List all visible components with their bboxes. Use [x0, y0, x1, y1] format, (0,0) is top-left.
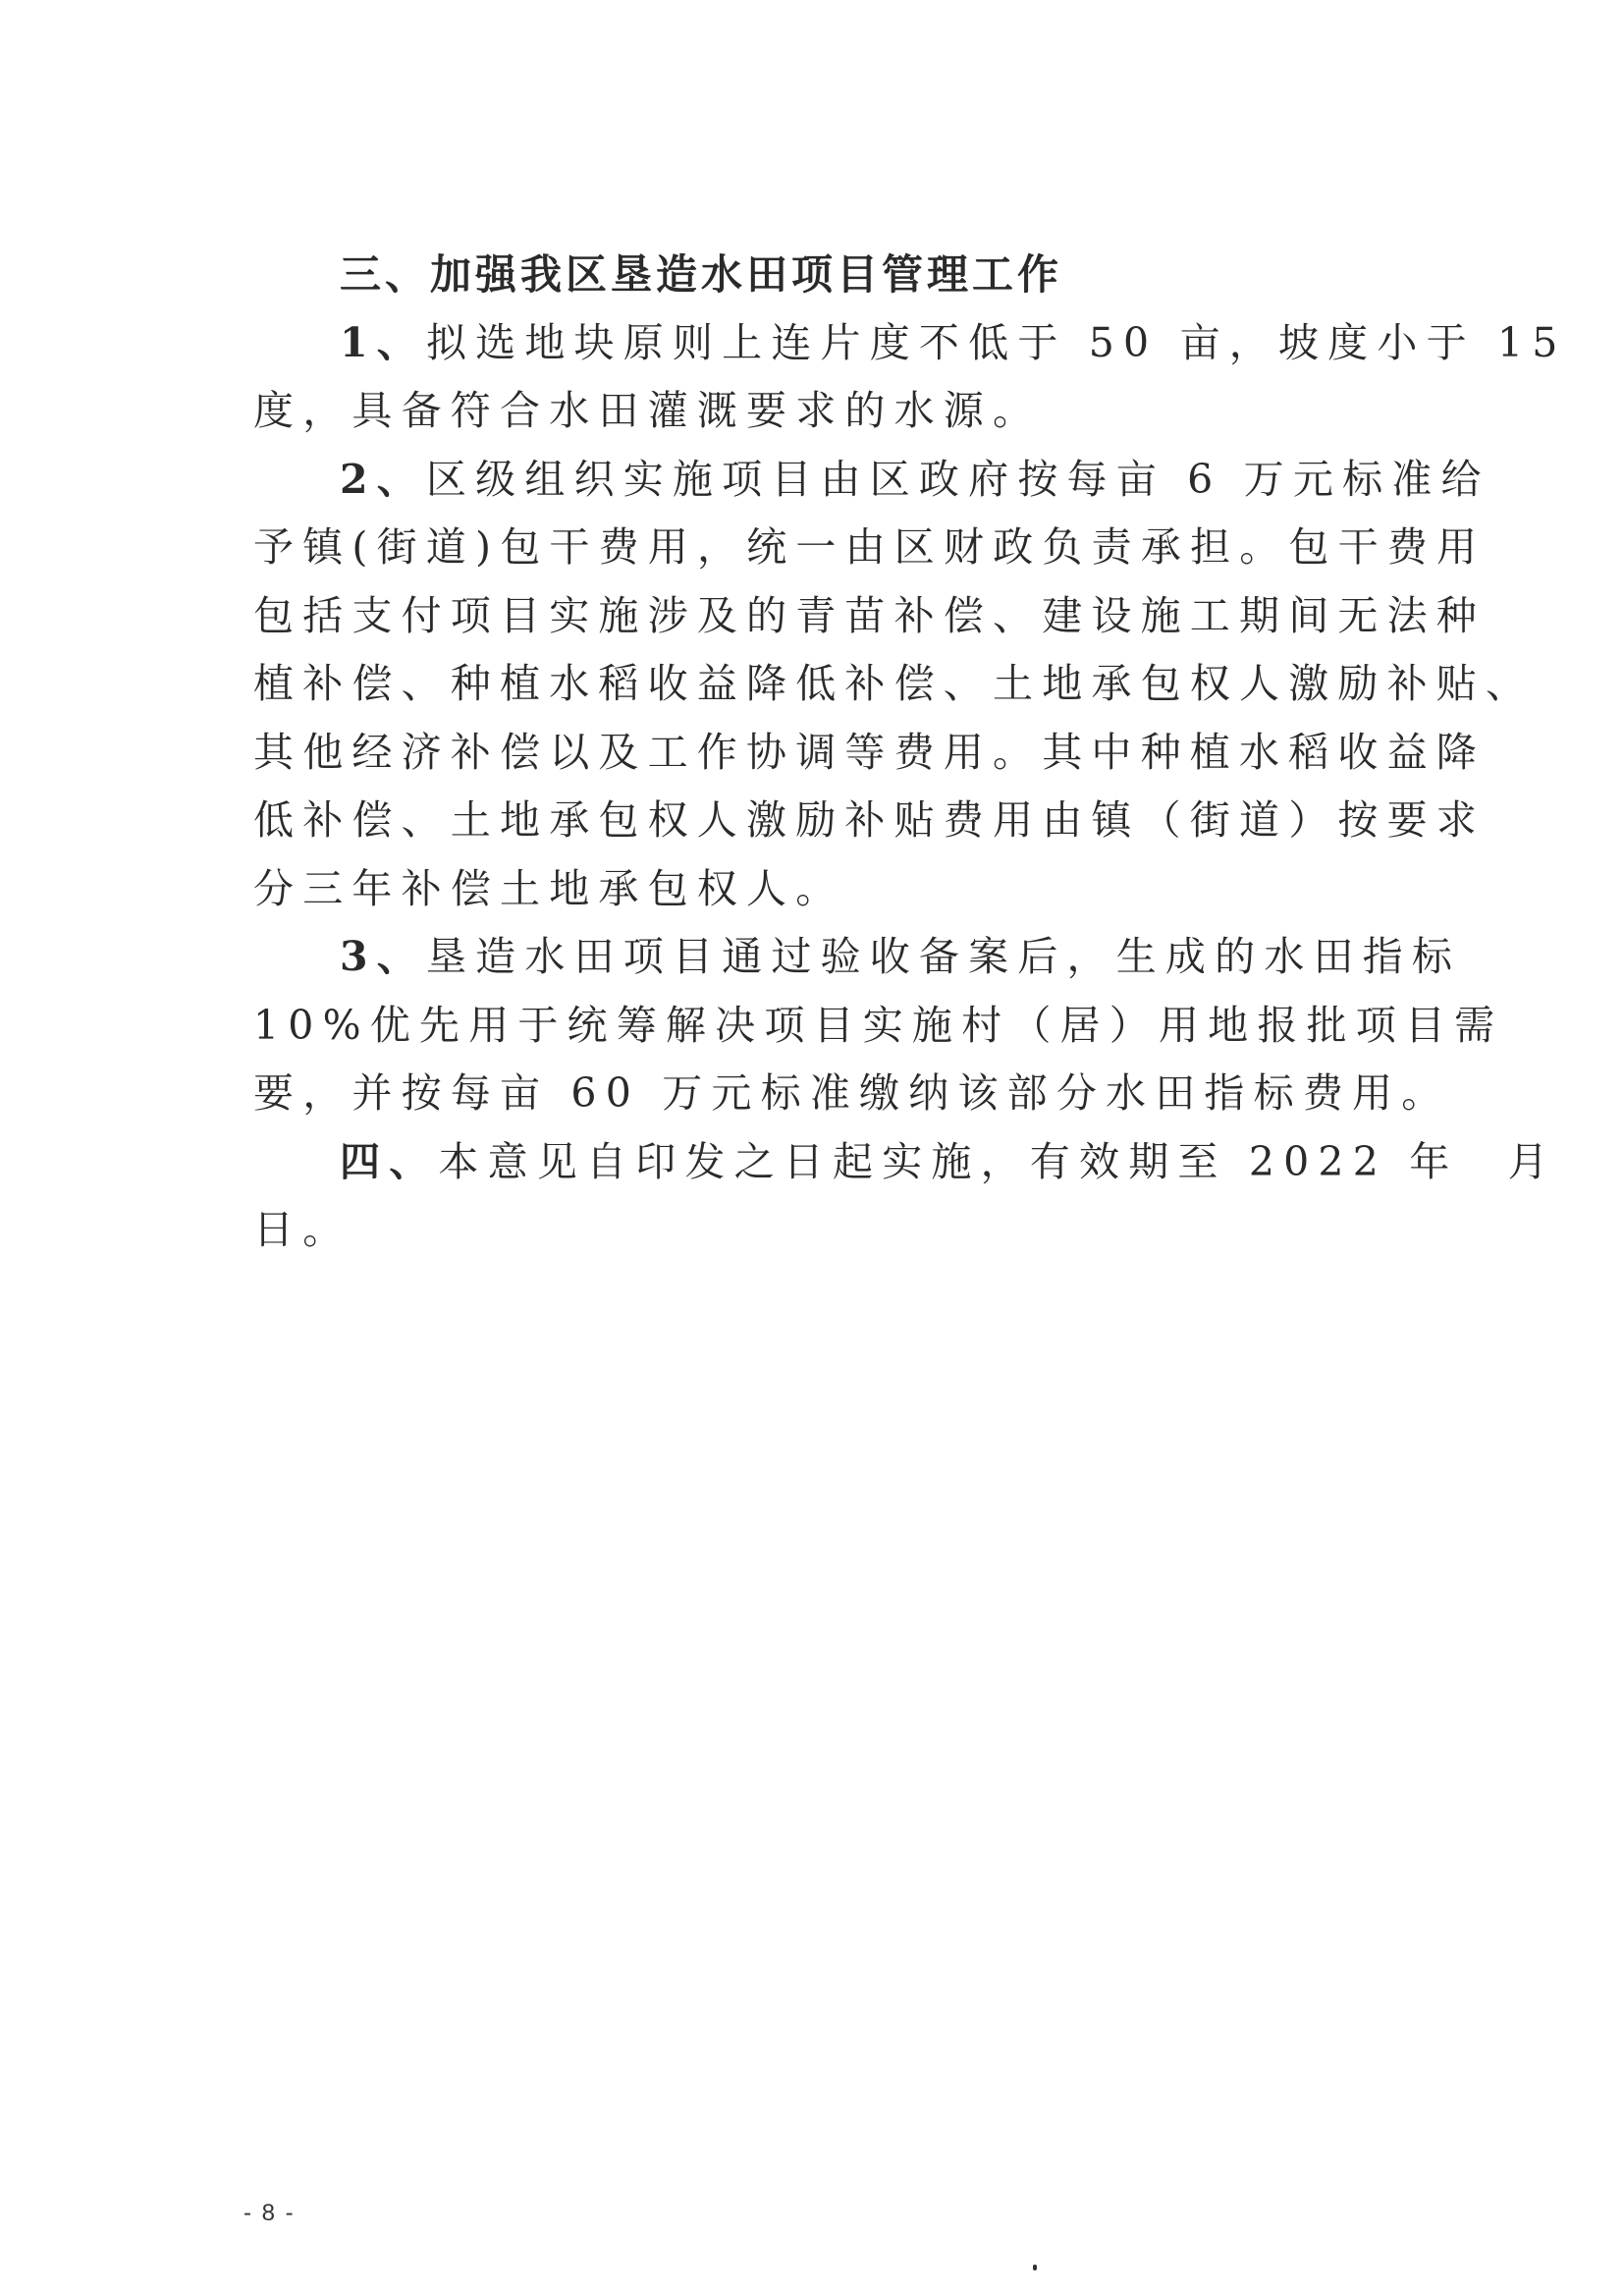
paragraph-item-1-line-2: 度，具备符合水田灌溉要求的水源。 — [253, 377, 1382, 446]
section-heading: 三、加强我区垦造水田项目管理工作 — [253, 241, 1382, 309]
scan-mark — [1033, 2265, 1037, 2270]
paragraph-item-4-line-1: 四、本意见自印发之日起实施，有效期至 2022 年 月 — [253, 1128, 1382, 1197]
paragraph-item-3-line-2: 10%优先用于统筹解决项目实施村（居）用地报批项目需 — [253, 992, 1382, 1061]
paragraph-item-4-line-2: 日。 — [253, 1196, 1382, 1265]
item-label: 1、 — [340, 319, 426, 366]
item-label: 3、 — [340, 933, 426, 980]
paragraph-item-2-line-7: 分三年补偿土地承包权人。 — [253, 855, 1382, 924]
item-label: 2、 — [340, 456, 426, 503]
page-number: - 8 - — [243, 2200, 296, 2227]
document-body: 三、加强我区垦造水田项目管理工作 1、拟选地块原则上连片度不低于 50 亩，坡度… — [253, 241, 1382, 1265]
paragraph-item-1-line-1: 1、拟选地块原则上连片度不低于 50 亩，坡度小于 15 — [253, 309, 1382, 378]
paragraph-item-2-line-2: 予镇(街道)包干费用，统一由区财政负责承担。包干费用 — [253, 514, 1382, 582]
paragraph-item-2-line-5: 其他经济补偿以及工作协调等费用。其中种植水稻收益降 — [253, 719, 1382, 788]
item-label: 四、 — [340, 1138, 438, 1185]
paragraph-item-2-line-1: 2、区级组织实施项目由区政府按每亩 6 万元标准给 — [253, 446, 1382, 515]
document-page: 三、加强我区垦造水田项目管理工作 1、拟选地块原则上连片度不低于 50 亩，坡度… — [0, 0, 1623, 2296]
paragraph-item-3-line-1: 3、垦造水田项目通过验收备案后，生成的水田指标 — [253, 923, 1382, 992]
paragraph-item-2-line-6: 低补偿、土地承包权人激励补贴费用由镇（街道）按要求 — [253, 787, 1382, 855]
paragraph-item-2-line-3: 包括支付项目实施涉及的青苗补偿、建设施工期间无法种 — [253, 582, 1382, 651]
paragraph-item-3-line-3: 要，并按每亩 60 万元标准缴纳该部分水田指标费用。 — [253, 1060, 1382, 1128]
paragraph-item-2-line-4: 植补偿、种植水稻收益降低补偿、土地承包权人激励补贴、 — [253, 650, 1382, 719]
